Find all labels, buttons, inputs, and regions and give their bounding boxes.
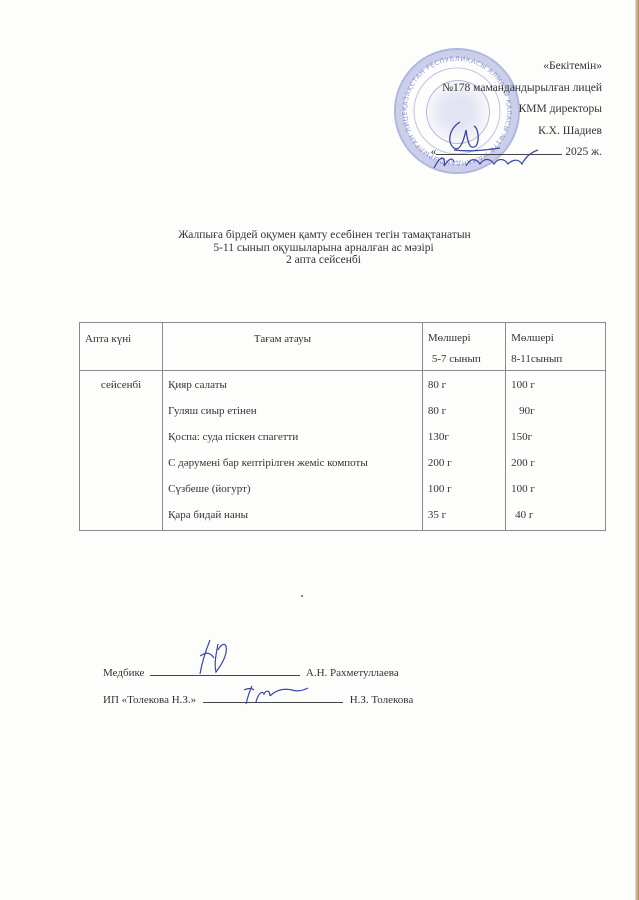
qty-8-11-value: 150г: [511, 431, 605, 457]
qty-8-11-cell: 100 г 90г 150г 200 г 100 г 40 г: [506, 371, 606, 531]
qty-5-7-value: 130г: [428, 431, 505, 457]
qty-8-11-value: 200 г: [511, 457, 605, 483]
title-line-2: 5-11 сынып оқушыларына арналған ас мәзір…: [0, 242, 639, 255]
dish-item: С дәрумені бар кептірілген жеміс компоты: [168, 457, 422, 483]
header-qty-8-11: Мөлшері 8-11сынып: [506, 323, 606, 371]
dish-cell: Қияр салаты Гуляш сиыр етінен Қоспа: суд…: [163, 371, 423, 531]
qty-5-7-value: 100 г: [428, 483, 505, 509]
ip-role: ИП «Толекова Н.З.»: [103, 694, 196, 706]
page-edge: [635, 0, 639, 900]
approval-block: «Бекітемін» №178 мамандандырылған лицей …: [431, 56, 602, 164]
qty-8-11-value: 40 г: [511, 509, 605, 522]
day-cell: сейсенбі: [80, 371, 163, 531]
header-dish: Тағам атауы: [163, 323, 423, 371]
qty-8-11-value: 100 г: [511, 379, 605, 405]
table-row: сейсенбі Қияр салаты Гуляш сиыр етінен Қ…: [80, 371, 606, 531]
qty-5-7-value: 80 г: [428, 379, 505, 405]
header-day: Апта күні: [80, 323, 163, 371]
menu-table: Апта күні Тағам атауы Мөлшері 5-7 сынып …: [79, 322, 606, 531]
approval-institution: №178 мамандандырылған лицей: [431, 78, 602, 100]
nurse-signature-line: Медбике А.Н. Рахметуллаева: [103, 660, 413, 687]
signatures-block: Медбике А.Н. Рахметуллаева ИП «Толекова …: [103, 660, 413, 714]
approval-director-name: К.Х. Шадиев: [431, 121, 602, 143]
ip-name: Н.З. Толекова: [350, 694, 414, 706]
qty-8-11-value: 90г: [511, 405, 605, 431]
qty-5-7-value: 80 г: [428, 405, 505, 431]
dish-item: Қияр салаты: [168, 379, 422, 405]
dish-item: Гуляш сиыр етінен: [168, 405, 422, 431]
ip-signature-line: ИП «Толекова Н.З.» Н.З. Толекова: [103, 687, 413, 714]
stray-mark: [301, 595, 303, 597]
dish-item: Сүзбеше (йогурт): [168, 483, 422, 509]
approval-position: КММ директоры: [431, 99, 602, 121]
nurse-role: Медбике: [103, 667, 144, 679]
approval-heading: «Бекітемін»: [431, 56, 602, 78]
dish-item: Қоспа: суда піскен спагетти: [168, 431, 422, 457]
qty-5-7-value: 35 г: [428, 509, 505, 522]
date-blank-line: [436, 142, 562, 155]
dish-item: Қара бидай наны: [168, 509, 422, 522]
ip-sign-blank: [203, 691, 343, 703]
table-header-row: Апта күні Тағам атауы Мөлшері 5-7 сынып …: [80, 323, 606, 371]
title-line-3: 2 апта сейсенбі: [0, 254, 639, 267]
qty-5-7-cell: 80 г 80 г 130г 200 г 100 г 35 г: [422, 371, 505, 531]
title-line-1: Жалпыға бірдей оқумен қамту есебінен тег…: [0, 229, 639, 242]
header-qty-5-7: Мөлшері 5-7 сынып: [422, 323, 505, 371]
nurse-sign-blank: [150, 664, 300, 676]
approval-date: « 2025 ж.: [431, 142, 602, 164]
nurse-name: А.Н. Рахметуллаева: [306, 667, 399, 679]
document-title: Жалпыға бірдей оқумен қамту есебінен тег…: [0, 229, 639, 267]
qty-5-7-value: 200 г: [428, 457, 505, 483]
approval-year: 2025 ж.: [565, 146, 602, 158]
qty-8-11-value: 100 г: [511, 483, 605, 509]
